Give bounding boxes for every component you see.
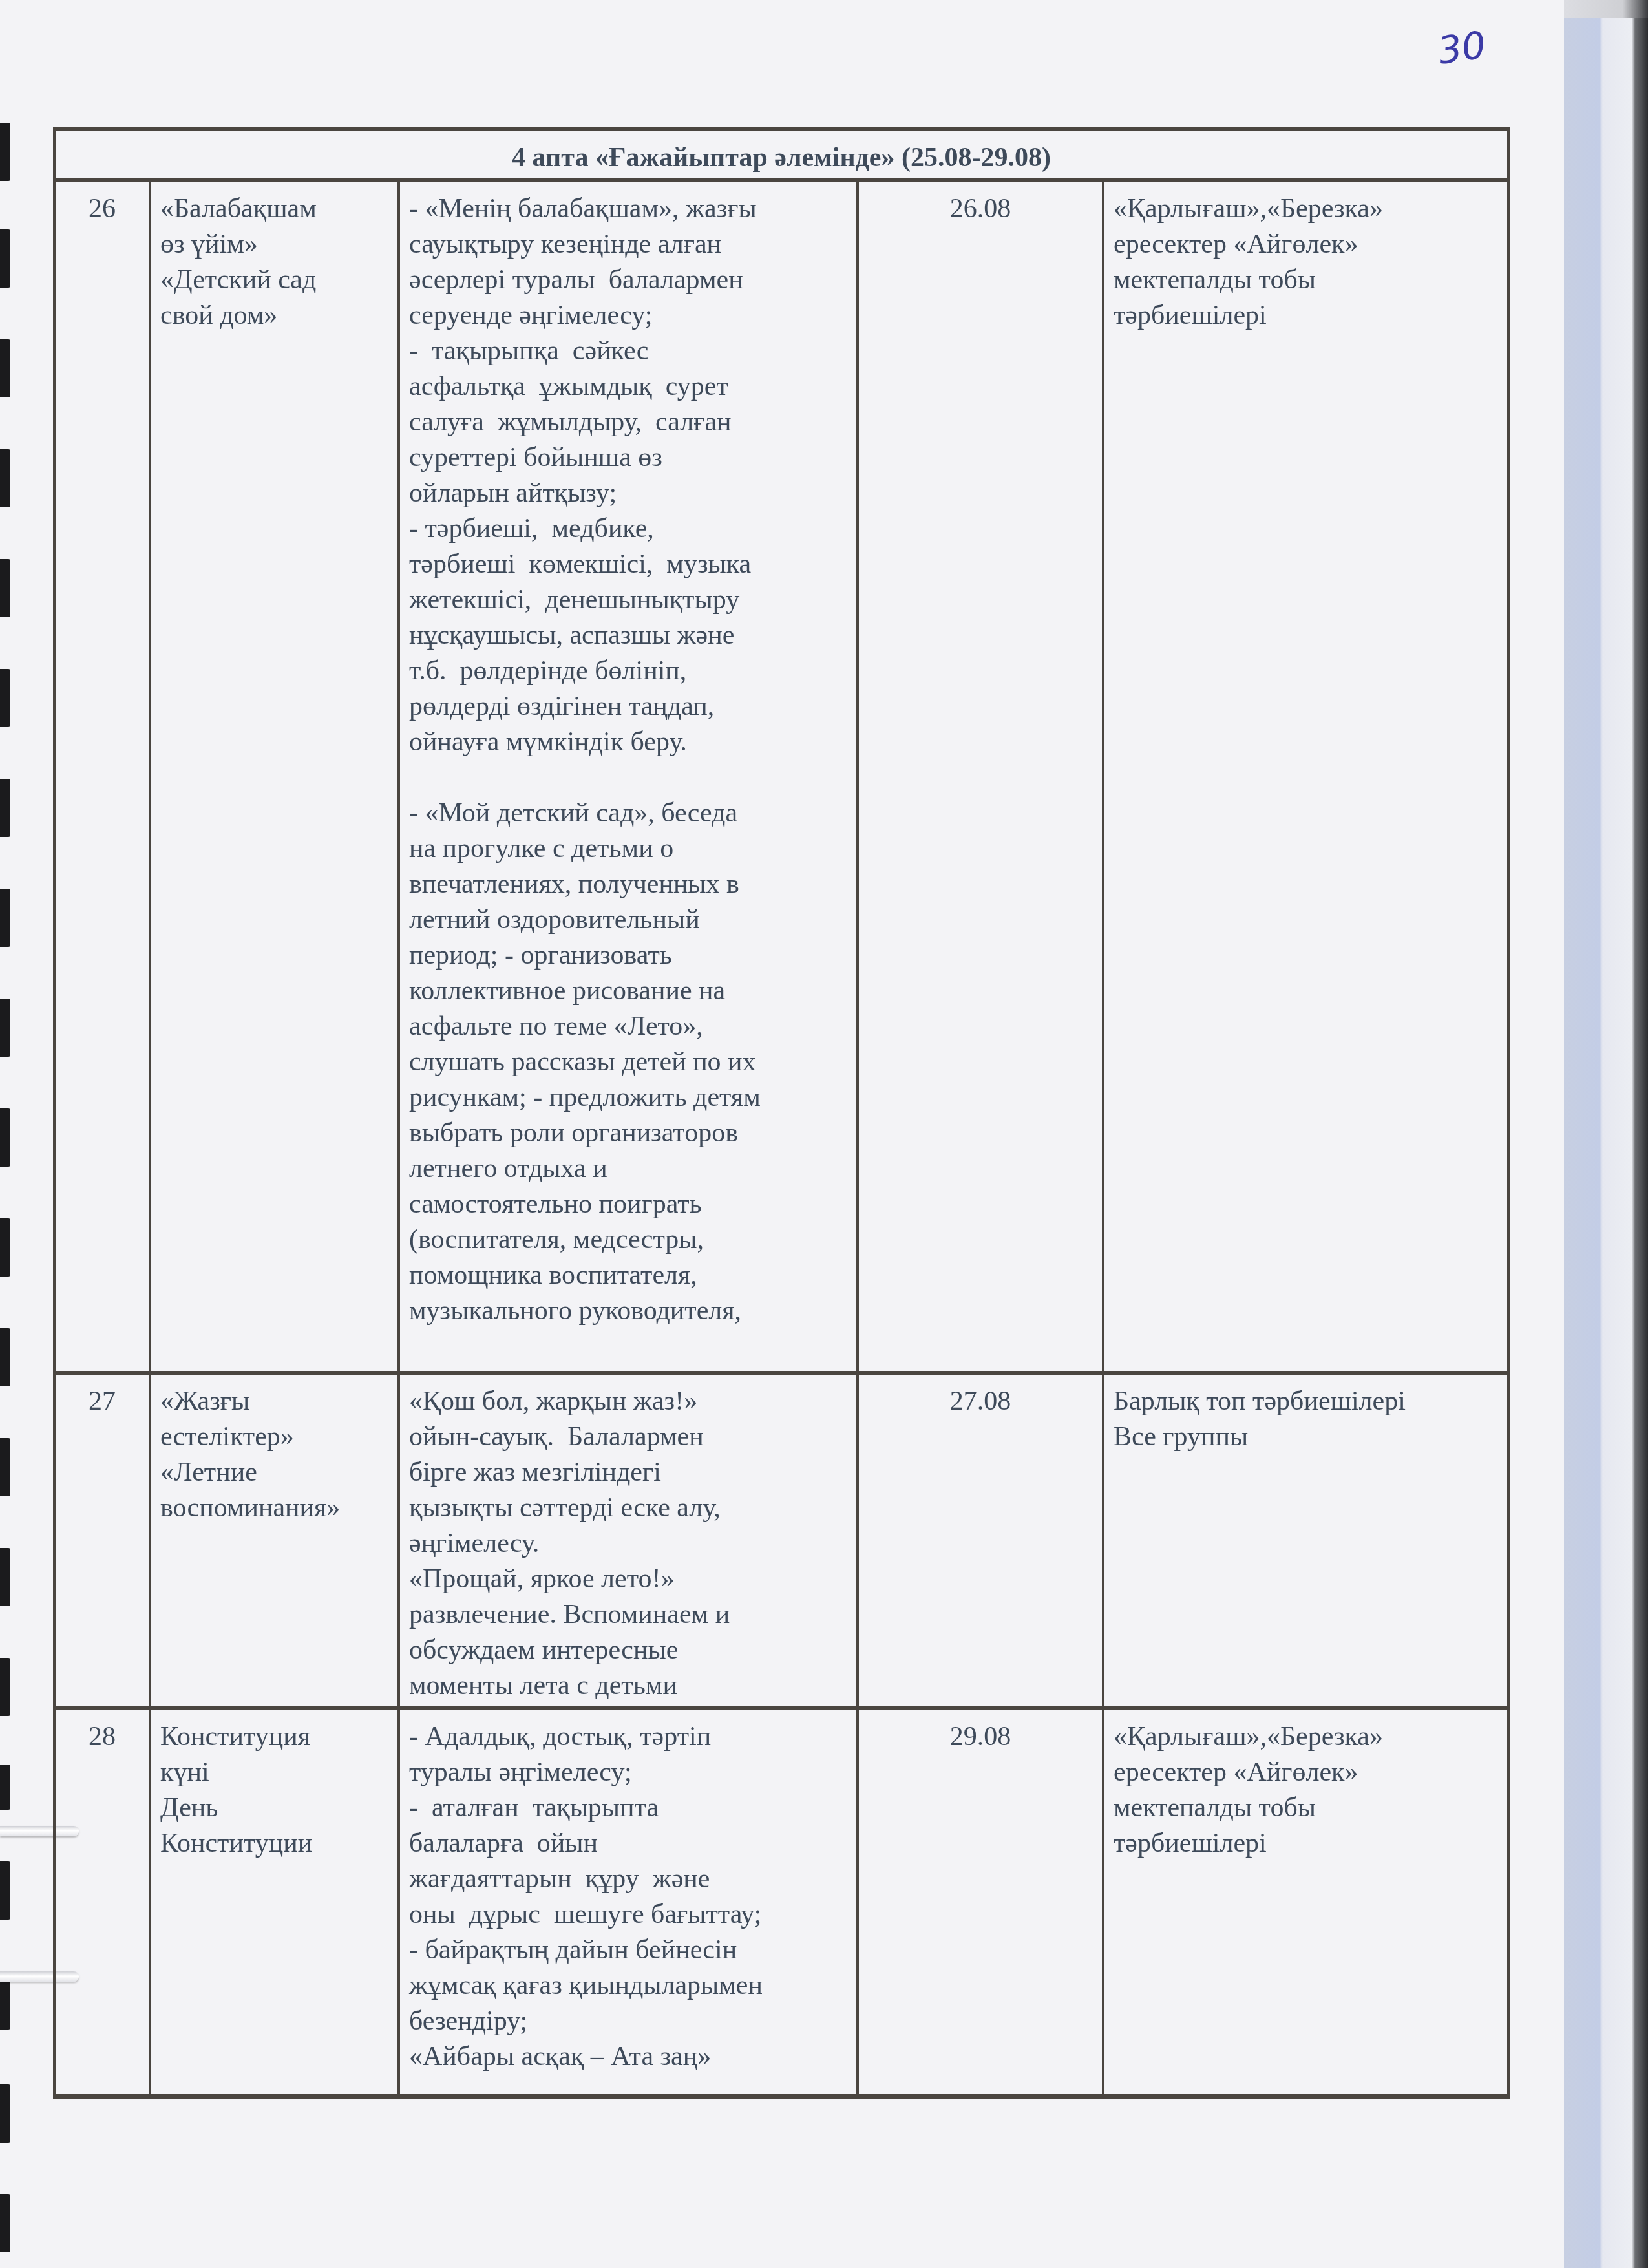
table-row: 28КонституциякүніДеньКонституции- Адалды… <box>54 1708 1508 2096</box>
content-kz-line: әсерлері туралы балалармен <box>409 262 847 298</box>
responsible-line: «Қарлығаш»,«Березка» <box>1114 1719 1498 1755</box>
date-cell: 29.08 <box>858 1708 1103 2096</box>
topic-line: свой дом» <box>160 298 388 334</box>
responsible-line: ересектер «Айгөлек» <box>1114 227 1498 262</box>
content-kz-line: - аталған тақырыпта <box>409 1790 847 1826</box>
topic-line: өз үйім» <box>160 227 388 262</box>
content-ru-line: рисункам; - предложить детям <box>409 1080 847 1116</box>
content-kz-line: - «Менің балабақшам», жазғы <box>409 191 847 227</box>
content-ru-line: период; - организовать <box>409 938 847 973</box>
content-kz-line: туралы әңгімелесу; <box>409 1755 847 1790</box>
content-ru-line: коллективное рисование на <box>409 973 847 1009</box>
responsible-line: Барлық топ тәрбиешілері <box>1114 1384 1498 1419</box>
topic-cell: «Жазғыестеліктер»«Летниевоспоминания» <box>150 1373 399 1708</box>
content-ru-line: обсуждаем интересные <box>409 1633 847 1668</box>
content-ru-line: моменты лета с детьми <box>409 1668 847 1704</box>
responsible-line: тәрбиешілері <box>1114 298 1498 334</box>
topic-line: күні <box>160 1755 388 1790</box>
content-kz-line: т.б. рөлдерінде бөлініп, <box>409 653 847 689</box>
content-kz-line: ойын-сауық. Балалармен <box>409 1419 847 1455</box>
content-ru-line: впечатлениях, полученных в <box>409 867 847 902</box>
responsible-line: «Қарлығаш»,«Березка» <box>1114 191 1498 227</box>
topic-line: «Летние <box>160 1455 388 1490</box>
content-kz-line: нұсқаушысы, аспазшы және <box>409 618 847 653</box>
content-kz-line: - тақырыпқа сәйкес <box>409 334 847 369</box>
content-kz-line: бірге жаз мезгіліндегі <box>409 1455 847 1490</box>
content-kz-line: суреттері бойынша өз <box>409 440 847 476</box>
topic-line: естеліктер» <box>160 1419 388 1455</box>
content-kz-line: қызықты сәттерді еске алу, <box>409 1490 847 1526</box>
activity-plan-table: 4 апта «Ғажайыптар әлемінде» (25.08-29.0… <box>53 127 1510 2099</box>
week-title: 4 апта «Ғажайыптар әлемінде» (25.08-29.0… <box>54 129 1508 180</box>
content-ru-line: - «Мой детский сад», беседа <box>409 796 847 831</box>
content-kz-line: «Қош бол, жарқын жаз!» <box>409 1384 847 1419</box>
content-kz-line: безендіру; <box>409 2004 847 2039</box>
row-number: 28 <box>54 1708 150 2096</box>
date-cell: 26.08 <box>858 180 1103 1373</box>
content-kz-line: әңгімелесу. <box>409 1526 847 1562</box>
topic-cell: «Балабақшамөз үйім»«Детский садсвой дом» <box>150 180 399 1373</box>
row-number: 26 <box>54 180 150 1373</box>
topic-cell: КонституциякүніДеньКонституции <box>150 1708 399 2096</box>
page-edge-binder <box>1564 0 1648 2268</box>
content-kz-line: оны дұрыс шешуге бағыттау; <box>409 1897 847 1933</box>
content-kz-line: асфальтқа ұжымдық сурет <box>409 369 847 405</box>
topic-line: «Балабақшам <box>160 191 388 227</box>
topic-line: воспоминания» <box>160 1490 388 1526</box>
responsible-line: мектепалды тобы <box>1114 1790 1498 1826</box>
content-cell: - «Менің балабақшам», жазғысауықтыру кез… <box>399 180 858 1373</box>
topic-line: «Жазғы <box>160 1384 388 1419</box>
content-kz-line: ойнауға мүмкіндік беру. <box>409 725 847 760</box>
content-kz-line: балаларға ойын <box>409 1826 847 1861</box>
content-kz-line: сауықтыру кезеңінде алған <box>409 227 847 262</box>
content-ru-line: выбрать роли организаторов <box>409 1116 847 1151</box>
content-kz-line: - тәрбиеші, медбике, <box>409 511 847 547</box>
topic-line: «Детский сад <box>160 262 388 298</box>
topic-line: День <box>160 1790 388 1826</box>
content-ru-line: самостоятельно поиграть <box>409 1187 847 1222</box>
content-kz-line: ойларын айтқызу; <box>409 476 847 511</box>
responsible-cell: «Қарлығаш»,«Березка»ересектер «Айгөлек»м… <box>1103 1708 1508 2096</box>
responsible-line: тәрбиешілері <box>1114 1826 1498 1861</box>
table-row: 26«Балабақшамөз үйім»«Детский садсвой до… <box>54 180 1508 1373</box>
content-kz-line: «Айбары асқақ – Ата заң» <box>409 2039 847 2075</box>
content-ru-line: летнего отдыха и <box>409 1151 847 1187</box>
responsible-cell: Барлық топ тәрбиешілеріВсе группы <box>1103 1373 1508 1708</box>
handwritten-page-number: 30 <box>1435 23 1489 73</box>
row-number: 27 <box>54 1373 150 1708</box>
content-cell: - Адалдық, достық, тәртіптуралы әңгімеле… <box>399 1708 858 2096</box>
content-ru-line: слушать рассказы детей по их <box>409 1044 847 1080</box>
content-ru-line: летний оздоровительный <box>409 902 847 938</box>
content-kz-line: салуға жұмылдыру, салған <box>409 405 847 440</box>
content-ru-line: помощника воспитателя, <box>409 1258 847 1293</box>
content-ru-line: на прогулке с детьми о <box>409 831 847 867</box>
table-row: 27«Жазғыестеліктер»«Летниевоспоминания»«… <box>54 1373 1508 1708</box>
content-kz-line: - байрақтың дайын бейнесін <box>409 1933 847 1968</box>
responsible-line: мектепалды тобы <box>1114 262 1498 298</box>
content-kz-line: жұмсақ қағаз қиындыларымен <box>409 1968 847 2004</box>
content-kz-line: - Адалдық, достық, тәртіп <box>409 1719 847 1755</box>
date-cell: 27.08 <box>858 1373 1103 1708</box>
content-ru-line: развлечение. Вспоминаем и <box>409 1597 847 1633</box>
content-ru-line: асфальте по теме «Лето», <box>409 1009 847 1044</box>
content-kz-line: серуенде әңгімелесу; <box>409 298 847 334</box>
topic-line: Конституция <box>160 1719 388 1755</box>
content-kz-line: жағдаяттарын құру және <box>409 1861 847 1897</box>
content-kz-line: рөлдерді өздігінен таңдап, <box>409 689 847 725</box>
responsible-line: ересектер «Айгөлек» <box>1114 1755 1498 1790</box>
responsible-cell: «Қарлығаш»,«Березка»ересектер «Айгөлек»м… <box>1103 180 1508 1373</box>
topic-line: Конституции <box>160 1826 388 1861</box>
content-kz-line: жетекшісі, денешынықтыру <box>409 582 847 618</box>
content-ru-line: «Прощай, яркое лето!» <box>409 1562 847 1597</box>
content-ru-line: (воспитателя, медсестры, <box>409 1222 847 1258</box>
content-cell: «Қош бол, жарқын жаз!»ойын-сауық. Балала… <box>399 1373 858 1708</box>
content-ru-line: музыкального руководителя, <box>409 1293 847 1329</box>
responsible-line: Все группы <box>1114 1419 1498 1455</box>
content-kz-line: тәрбиеші көмекшісі, музыка <box>409 547 847 582</box>
